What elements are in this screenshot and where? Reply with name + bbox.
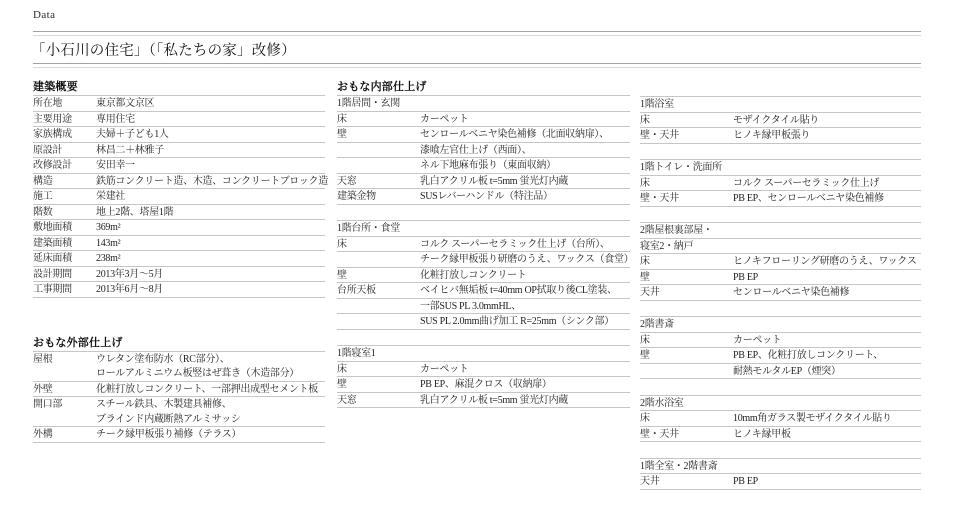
room-subhead-row: 2階書斎	[640, 317, 921, 333]
spec-value: 369m²	[96, 220, 325, 235]
spec-row: 設計期間2013年3月〜5月	[33, 267, 325, 283]
spec-label: 天窓	[337, 174, 420, 189]
spec-row: 建築面積143m²	[33, 236, 325, 252]
spec-value: 143m²	[96, 236, 325, 251]
spec-row: 外壁化粧打放しコンクリート、一部押出成型セメント板	[33, 382, 325, 398]
spec-value-line: 乳白アクリル板 t=5mm 蛍光灯内蔵	[420, 393, 630, 408]
spec-label: 工事期間	[33, 282, 96, 297]
spec-label: 開口部	[33, 397, 96, 412]
spec-value: ベイヒバ無垢板 t=40mm OP拭取り後CL塗装、	[420, 283, 630, 298]
spec-row: 敷地面積369m²	[33, 220, 325, 236]
spec-value: SUSレバーハンドル（特注品）	[420, 189, 630, 204]
spec-value-line: 一部SUS PL 3.0mmHL、	[420, 299, 630, 314]
spec-value-line: 耐熱モルタルEP（煙突）	[733, 364, 921, 379]
spec-row: 開口部スチール鉄具、木製建具補修、ブラインド内蔵断熱アルミサッシ	[33, 397, 325, 427]
spec-value: ヒノキ縁甲板	[733, 427, 921, 442]
spec-label	[640, 364, 733, 379]
room-subhead-row: 1階台所・食堂	[337, 221, 630, 237]
spec-label: 改修設計	[33, 158, 96, 173]
spec-label: 原設計	[33, 143, 96, 158]
spec-value-line: PB EP、センロールベニヤ染色補修	[733, 191, 921, 206]
spec-label: 外壁	[33, 382, 96, 397]
spec-row: 床ヒノキフローリング研磨のうえ、ワックス	[640, 254, 921, 270]
spec-row: 構造鉄筋コンクリート造、木造、コンクリートブロック造	[33, 174, 325, 190]
spec-value-line: チーク縁甲板張り補修（テラス）	[96, 427, 325, 442]
room-subhead: 1階寝室1	[337, 346, 630, 361]
spec-row: 外構チーク縁甲板張り補修（テラス）	[33, 427, 325, 443]
spec-value-line: 10mm角ガラス製モザイクタイル貼り	[733, 411, 921, 426]
spec-label: 施工	[33, 189, 96, 204]
spec-row: 天井PB EP	[640, 474, 921, 490]
spec-row: 壁・天井ヒノキ縁甲板	[640, 427, 921, 443]
spec-row: 壁・天井ヒノキ縁甲板張り	[640, 128, 921, 144]
spec-value: センロールベニヤ染色補修（北面収納扉）、	[420, 127, 630, 142]
spec-value-line: 地上2階、塔屋1階	[96, 205, 325, 220]
spec-value: ネル下地麻布張り（東面収納）	[420, 158, 630, 173]
spec-label: 外構	[33, 427, 96, 442]
spec-value-line: センロールベニヤ染色補修	[733, 285, 921, 300]
section-heading: 建築概要	[33, 78, 325, 96]
spec-label: 床	[640, 176, 733, 191]
room-subhead: 2階屋根裏部屋・	[640, 223, 921, 238]
spec-value-line: ベイヒバ無垢板 t=40mm OP拭取り後CL塗装、	[420, 283, 630, 298]
spec-value: コルク スーパーセラミック仕上げ（台所）、	[420, 237, 630, 252]
spec-value-line: ヒノキ縁甲板張り	[733, 128, 921, 143]
spec-value-line: 鉄筋コンクリート造、木造、コンクリートブロック造	[96, 174, 325, 189]
spec-value: カーペット	[733, 333, 921, 348]
spec-value-line: 安田幸一	[96, 158, 325, 173]
spec-label: 壁・天井	[640, 191, 733, 206]
spec-label: 壁・天井	[640, 427, 733, 442]
spec-value: PB EP	[733, 270, 921, 285]
spec-row: 床カーペット	[337, 112, 630, 128]
spec-section: 建築概要所在地東京都文京区主要用途専用住宅家族構成夫婦＋子ども1人原設計林昌二＋…	[33, 78, 325, 298]
spec-value-line: カーペット	[420, 112, 630, 127]
spec-row: 主要用途専用住宅	[33, 112, 325, 128]
spec-row: 床カーペット	[640, 333, 921, 349]
spec-value-line: 漆喰左官仕上げ（西面）、	[420, 143, 630, 158]
section-heading: おもな内部仕上げ	[337, 78, 630, 96]
spec-row: 工事期間2013年6月〜8月	[33, 282, 325, 298]
spec-value-line: 栄建社	[96, 189, 325, 204]
spec-row: 床コルク スーパーセラミック仕上げ（台所）、	[337, 237, 630, 253]
spec-label: 床	[337, 112, 420, 127]
spec-value: モザイクタイル貼り	[733, 113, 921, 128]
spec-row: 漆喰左官仕上げ（西面）、	[337, 143, 630, 159]
spec-row: 施工栄建社	[33, 189, 325, 205]
spec-label	[337, 158, 420, 173]
spec-value: PB EP	[733, 474, 921, 489]
spec-label: 床	[337, 237, 420, 252]
spec-value-line: SUS PL 2.0mm曲げ加工 R=25mm（シンク部）	[420, 314, 630, 329]
room-subhead: 2階水浴室	[640, 396, 921, 411]
spec-label: 主要用途	[33, 112, 96, 127]
spec-label: 床	[640, 113, 733, 128]
room-subhead: 1階全室・2階書斎	[640, 459, 921, 474]
spec-row: 床コルク スーパーセラミック仕上げ	[640, 176, 921, 192]
spec-row: 建築金物SUSレバーハンドル（特注品）	[337, 189, 630, 205]
spec-row: 天井センロールベニヤ染色補修	[640, 285, 921, 301]
spec-value-line: 143m²	[96, 236, 325, 251]
spec-label: 壁	[640, 270, 733, 285]
spec-value: ヒノキ縁甲板張り	[733, 128, 921, 143]
spec-label: 建築金物	[337, 189, 420, 204]
section-heading: おもな外部仕上げ	[33, 334, 325, 352]
spec-row: 屋根ウレタン塗布防水（RC部分）、ロールアルミニウム板竪はぜ葺き（木造部分）	[33, 352, 325, 382]
spec-label: 床	[640, 254, 733, 269]
page-kicker: Data	[33, 9, 55, 21]
spec-value-line: PB EP、麻混クロス（収納扉）	[420, 377, 630, 392]
spec-value: 漆喰左官仕上げ（西面）、	[420, 143, 630, 158]
spec-value: 耐熱モルタルEP（煙突）	[733, 364, 921, 379]
room-subhead-row: 1階寝室1	[337, 346, 630, 362]
spec-value: 乳白アクリル板 t=5mm 蛍光灯内蔵	[420, 174, 630, 189]
spec-row: 壁PB EP	[640, 270, 921, 286]
spec-label: 壁	[337, 377, 420, 392]
spec-value: 2013年3月〜5月	[96, 267, 325, 282]
spec-value-line: ウレタン塗布防水（RC部分）、	[96, 352, 325, 367]
spec-value-line: ブラインド内蔵断熱アルミサッシ	[96, 412, 325, 427]
spec-value: 鉄筋コンクリート造、木造、コンクリートブロック造	[96, 174, 325, 189]
spec-value: スチール鉄具、木製建具補修、ブラインド内蔵断熱アルミサッシ	[96, 397, 325, 426]
spec-value: コルク スーパーセラミック仕上げ	[733, 176, 921, 191]
room-subhead: 1階居間・玄関	[337, 96, 630, 111]
room-subhead: 1階浴室	[640, 97, 921, 112]
spec-section: 1階全室・2階書斎天井PB EP	[640, 458, 921, 490]
spec-section: 2階水浴室床10mm角ガラス製モザイクタイル貼り壁・天井ヒノキ縁甲板	[640, 395, 921, 443]
spec-value-line: 化粧打放しコンクリート、一部押出成型セメント板	[96, 382, 325, 397]
spec-row: 壁化粧打放しコンクリート	[337, 268, 630, 284]
spec-value-line: SUSレバーハンドル（特注品）	[420, 189, 630, 204]
spec-label: 床	[337, 362, 420, 377]
spec-value-line: 乳白アクリル板 t=5mm 蛍光灯内蔵	[420, 174, 630, 189]
spec-value: 地上2階、塔屋1階	[96, 205, 325, 220]
room-subhead: 1階台所・食堂	[337, 221, 630, 236]
spec-section: 1階寝室1床カーペット壁PB EP、麻混クロス（収納扉）天窓乳白アクリル板 t=…	[337, 345, 630, 408]
spec-label	[337, 314, 420, 329]
spec-label: 所在地	[33, 96, 96, 111]
spec-label: 床	[640, 333, 733, 348]
spec-label	[337, 252, 420, 267]
spec-value: 林昌二＋林雅子	[96, 143, 325, 158]
spec-value: センロールベニヤ染色補修	[733, 285, 921, 300]
spec-row: 壁PB EP、麻混クロス（収納扉）	[337, 377, 630, 393]
spec-value-line: PB EP、化粧打放しコンクリート、	[733, 348, 921, 363]
spec-section: 1階浴室床モザイクタイル貼り壁・天井ヒノキ縁甲板張り	[640, 96, 921, 144]
spec-label: 床	[640, 411, 733, 426]
spec-value: カーペット	[420, 362, 630, 377]
spec-value-line: 林昌二＋林雅子	[96, 143, 325, 158]
spec-section: 2階書斎床カーペット壁PB EP、化粧打放しコンクリート、耐熱モルタルEP（煙突…	[640, 316, 921, 379]
spec-value-line: ヒノキ縁甲板	[733, 427, 921, 442]
spec-value: 乳白アクリル板 t=5mm 蛍光灯内蔵	[420, 393, 630, 408]
spec-value: 一部SUS PL 3.0mmHL、	[420, 299, 630, 314]
spec-row: 床モザイクタイル貼り	[640, 113, 921, 129]
spec-row: SUS PL 2.0mm曲げ加工 R=25mm（シンク部）	[337, 314, 630, 330]
spec-section: おもな外部仕上げ屋根ウレタン塗布防水（RC部分）、ロールアルミニウム板竪はぜ葺き…	[33, 334, 325, 443]
spec-value: PB EP、麻混クロス（収納扉）	[420, 377, 630, 392]
spec-label: 壁	[337, 127, 420, 142]
spec-label: 設計期間	[33, 267, 96, 282]
data-page: Data 「小石川の住宅」（「私たちの家」改修） 建築概要所在地東京都文京区主要…	[0, 0, 956, 529]
spec-value-line: コルク スーパーセラミック仕上げ	[733, 176, 921, 191]
spec-value-line: PB EP	[733, 474, 921, 489]
room-subhead-row: 寝室2・納戸	[640, 239, 921, 255]
spec-value-line: カーペット	[420, 362, 630, 377]
spec-label: 天窓	[337, 393, 420, 408]
spec-value-line: ヒノキフローリング研磨のうえ、ワックス	[733, 254, 921, 269]
spec-row: 耐熱モルタルEP（煙突）	[640, 364, 921, 380]
spec-label	[337, 299, 420, 314]
column-interior-finishes-continued: 1階浴室床モザイクタイル貼り壁・天井ヒノキ縁甲板張り1階トイレ・洗面所床コルク …	[640, 96, 921, 490]
spec-value-line: 2013年3月〜5月	[96, 267, 325, 282]
spec-label: 天井	[640, 285, 733, 300]
room-subhead-row: 1階トイレ・洗面所	[640, 160, 921, 176]
spec-value: 東京都文京区	[96, 96, 325, 111]
spec-section: 2階屋根裏部屋・寝室2・納戸床ヒノキフローリング研磨のうえ、ワックス壁PB EP…	[640, 222, 921, 301]
spec-row: 天窓乳白アクリル板 t=5mm 蛍光灯内蔵	[337, 174, 630, 190]
spec-value-line: 専用住宅	[96, 112, 325, 127]
column-interior-finishes: おもな内部仕上げ1階居間・玄関床カーペット壁センロールベニヤ染色補修（北面収納扉…	[337, 78, 630, 408]
spec-row: 壁PB EP、化粧打放しコンクリート、	[640, 348, 921, 364]
spec-row: 一部SUS PL 3.0mmHL、	[337, 299, 630, 315]
spec-label: 階数	[33, 205, 96, 220]
spec-value: PB EP、センロールベニヤ染色補修	[733, 191, 921, 206]
spec-row: 階数地上2階、塔屋1階	[33, 205, 325, 221]
spec-value: 238m²	[96, 251, 325, 266]
spec-row: 延床面積238m²	[33, 251, 325, 267]
spec-value: 化粧打放しコンクリート、一部押出成型セメント板	[96, 382, 325, 397]
page-title: 「小石川の住宅」（「私たちの家」改修）	[31, 39, 296, 60]
spec-row: 所在地東京都文京区	[33, 96, 325, 112]
spec-value: 安田幸一	[96, 158, 325, 173]
spec-value: 2013年6月〜8月	[96, 282, 325, 297]
spec-row: 台所天板ベイヒバ無垢板 t=40mm OP拭取り後CL塗装、	[337, 283, 630, 299]
room-subhead-row: 1階全室・2階書斎	[640, 459, 921, 475]
room-subhead-row: 2階水浴室	[640, 396, 921, 412]
spec-label: 台所天板	[337, 283, 420, 298]
spec-value: 化粧打放しコンクリート	[420, 268, 630, 283]
spec-value-line: 238m²	[96, 251, 325, 266]
spec-value: 栄建社	[96, 189, 325, 204]
spec-value: PB EP、化粧打放しコンクリート、	[733, 348, 921, 363]
spec-value-line: カーペット	[733, 333, 921, 348]
spec-row: チーク縁甲板張り研磨のうえ、ワックス（食堂）	[337, 252, 630, 268]
spec-label: 家族構成	[33, 127, 96, 142]
room-subhead: 1階トイレ・洗面所	[640, 160, 921, 175]
spec-value: ヒノキフローリング研磨のうえ、ワックス	[733, 254, 921, 269]
spec-section: おもな内部仕上げ1階居間・玄関床カーペット壁センロールベニヤ染色補修（北面収納扉…	[337, 78, 630, 205]
room-subhead-row: 2階屋根裏部屋・	[640, 223, 921, 239]
spec-row: 天窓乳白アクリル板 t=5mm 蛍光灯内蔵	[337, 393, 630, 409]
spec-value: チーク縁甲板張り補修（テラス）	[96, 427, 325, 442]
spec-section: 1階トイレ・洗面所床コルク スーパーセラミック仕上げ壁・天井PB EP、センロー…	[640, 159, 921, 207]
spec-row: 床カーペット	[337, 362, 630, 378]
spec-row: 床10mm角ガラス製モザイクタイル貼り	[640, 411, 921, 427]
spec-value: SUS PL 2.0mm曲げ加工 R=25mm（シンク部）	[420, 314, 630, 329]
spec-row: 壁・天井PB EP、センロールベニヤ染色補修	[640, 191, 921, 207]
spec-row: 原設計林昌二＋林雅子	[33, 143, 325, 159]
spec-label: 建築面積	[33, 236, 96, 251]
spec-value-line: ロールアルミニウム板竪はぜ葺き（木造部分）	[96, 366, 325, 381]
spec-label	[337, 143, 420, 158]
spec-value-line: スチール鉄具、木製建具補修、	[96, 397, 325, 412]
spec-label: 壁	[640, 348, 733, 363]
spec-value: 専用住宅	[96, 112, 325, 127]
spec-label: 敷地面積	[33, 220, 96, 235]
column-building-overview: 建築概要所在地東京都文京区主要用途専用住宅家族構成夫婦＋子ども1人原設計林昌二＋…	[33, 78, 325, 443]
spec-label: 天井	[640, 474, 733, 489]
spec-value: 10mm角ガラス製モザイクタイル貼り	[733, 411, 921, 426]
spec-value-line: ネル下地麻布張り（東面収納）	[420, 158, 630, 173]
spec-label: 延床面積	[33, 251, 96, 266]
spec-row: 改修設計安田幸一	[33, 158, 325, 174]
spec-section: 1階台所・食堂床コルク スーパーセラミック仕上げ（台所）、チーク縁甲板張り研磨の…	[337, 220, 630, 330]
room-subhead: 2階書斎	[640, 317, 921, 332]
spec-value-line: コルク スーパーセラミック仕上げ（台所）、	[420, 237, 630, 252]
spec-value-line: 2013年6月〜8月	[96, 282, 325, 297]
spec-label: 壁・天井	[640, 128, 733, 143]
spec-row: 壁センロールベニヤ染色補修（北面収納扉）、	[337, 127, 630, 143]
spec-value: ウレタン塗布防水（RC部分）、ロールアルミニウム板竪はぜ葺き（木造部分）	[96, 352, 325, 381]
spec-value-line: チーク縁甲板張り研磨のうえ、ワックス（食堂）	[420, 252, 630, 267]
spec-row: 家族構成夫婦＋子ども1人	[33, 127, 325, 143]
spec-value-line: 369m²	[96, 220, 325, 235]
spec-value-line: モザイクタイル貼り	[733, 113, 921, 128]
room-subhead: 寝室2・納戸	[640, 239, 921, 254]
title-divider	[33, 63, 921, 68]
spec-value: カーペット	[420, 112, 630, 127]
spec-value-line: 東京都文京区	[96, 96, 325, 111]
spec-value-line: PB EP	[733, 270, 921, 285]
kicker-divider	[33, 31, 921, 36]
room-subhead-row: 1階居間・玄関	[337, 96, 630, 112]
spec-label: 構造	[33, 174, 96, 189]
spec-value-line: 夫婦＋子ども1人	[96, 127, 325, 142]
spec-value-line: 化粧打放しコンクリート	[420, 268, 630, 283]
spec-value: 夫婦＋子ども1人	[96, 127, 325, 142]
spec-row: ネル下地麻布張り（東面収納）	[337, 158, 630, 174]
spec-label: 屋根	[33, 352, 96, 367]
spec-label: 壁	[337, 268, 420, 283]
spec-value: チーク縁甲板張り研磨のうえ、ワックス（食堂）	[420, 252, 630, 267]
spec-value-line: センロールベニヤ染色補修（北面収納扉）、	[420, 127, 630, 142]
room-subhead-row: 1階浴室	[640, 97, 921, 113]
